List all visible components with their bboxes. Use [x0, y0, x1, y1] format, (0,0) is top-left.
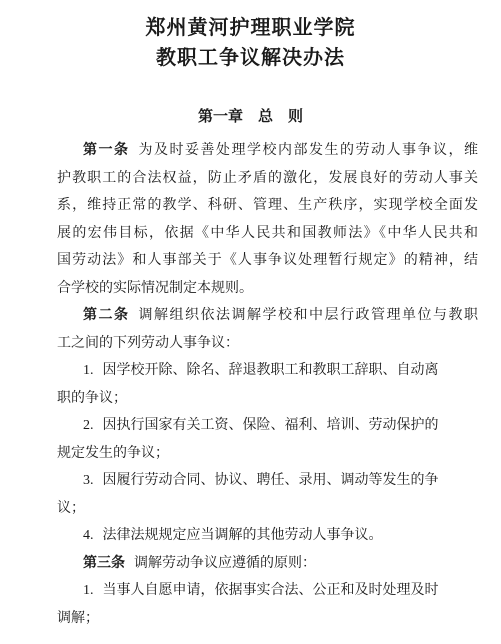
line-text: 职的争议； [57, 391, 127, 406]
line-text: 护教职工的合法权益，防止矛盾的激化，发展良好的劳动人事关 [57, 171, 478, 186]
item-number: 3. [83, 473, 94, 488]
line-text: 为及时妥善处理学校内部发生的劳动人事争议，维 [139, 143, 479, 158]
line-text: 因执行国家有关工资、保险、福利、培训、劳动保护的 [103, 418, 439, 433]
document-line: 4.法律法规规定应当调解的其他劳动人事争议。 [57, 522, 478, 550]
document-line: 第一条为及时妥善处理学校内部发生的劳动人事争议，维 [57, 137, 478, 165]
item-number: 1. [83, 363, 94, 378]
item-number: 1. [83, 583, 94, 598]
article-label: 第三条 [83, 556, 125, 571]
line-text: 展的宏伟目标，依据《中华人民共和国教师法》《中华人民共和 [57, 226, 478, 241]
article-label: 第一条 [83, 143, 130, 158]
document-line: 合学校的实际情况制定本规则。 [57, 275, 478, 303]
document-title-line1: 郑州黄河护理职业学院 [0, 13, 501, 43]
line-text: 系，维持正常的教学、科研、管理、生产秩序，实现学校全面发 [57, 198, 478, 213]
document-line: 议； [57, 495, 478, 523]
document-line: 系，维持正常的教学、科研、管理、生产秩序，实现学校全面发 [57, 192, 478, 220]
item-number: 2. [83, 418, 94, 433]
line-text: 当事人自愿申请，依据事实合法、公正和及时处理及时 [103, 583, 439, 598]
document-line: 规定发生的争议； [57, 440, 478, 468]
document-line: 工之间的下列劳动人事争议： [57, 330, 478, 358]
document-line: 调解； [57, 605, 478, 633]
line-text: 调解组织依法调解学校和中层行政管理单位与教职 [139, 308, 479, 323]
document-line: 护教职工的合法权益，防止矛盾的激化，发展良好的劳动人事关 [57, 165, 478, 193]
line-text: 工之间的下列劳动人事争议： [57, 336, 239, 351]
document-title-line2: 教职工争议解决办法 [0, 43, 501, 73]
document-line: 国劳动法》和人事部关于《人事争议处理暂行规定》的精神，结 [57, 247, 478, 275]
line-text: 合学校的实际情况制定本规则。 [57, 281, 253, 296]
article-label: 第二条 [83, 308, 130, 323]
line-text: 调解劳动争议应遵循的原则： [134, 556, 316, 571]
line-text: 议； [57, 501, 85, 516]
line-text: 规定发生的争议； [57, 446, 169, 461]
document-body: 第一条为及时妥善处理学校内部发生的劳动人事争议，维护教职工的合法权益，防止矛盾的… [57, 137, 478, 632]
line-text: 国劳动法》和人事部关于《人事争议处理暂行规定》的精神，结 [57, 253, 478, 268]
chapter-heading: 第一章 总 则 [0, 107, 501, 128]
line-text: 法律法规规定应当调解的其他劳动人事争议。 [103, 528, 383, 543]
document-line: 第三条调解劳动争议应遵循的原则： [57, 550, 478, 578]
line-text: 因学校开除、除名、辞退教职工和教职工辞职、自动离 [103, 363, 439, 378]
document-page: 郑州黄河护理职业学院 教职工争议解决办法 第一章 总 则 第一条为及时妥善处理学… [0, 0, 501, 644]
document-line: 1.因学校开除、除名、辞退教职工和教职工辞职、自动离 [57, 357, 478, 385]
document-line: 第二条调解组织依法调解学校和中层行政管理单位与教职 [57, 302, 478, 330]
document-line: 1.当事人自愿申请，依据事实合法、公正和及时处理及时 [57, 577, 478, 605]
document-line: 展的宏伟目标，依据《中华人民共和国教师法》《中华人民共和 [57, 220, 478, 248]
line-text: 因履行劳动合同、协议、聘任、录用、调动等发生的争 [103, 473, 439, 488]
line-text: 调解； [57, 611, 99, 626]
document-title: 郑州黄河护理职业学院 教职工争议解决办法 [0, 13, 501, 73]
document-line: 3.因履行劳动合同、协议、聘任、录用、调动等发生的争 [57, 467, 478, 495]
document-line: 职的争议； [57, 385, 478, 413]
item-number: 4. [83, 528, 94, 543]
document-line: 2.因执行国家有关工资、保险、福利、培训、劳动保护的 [57, 412, 478, 440]
